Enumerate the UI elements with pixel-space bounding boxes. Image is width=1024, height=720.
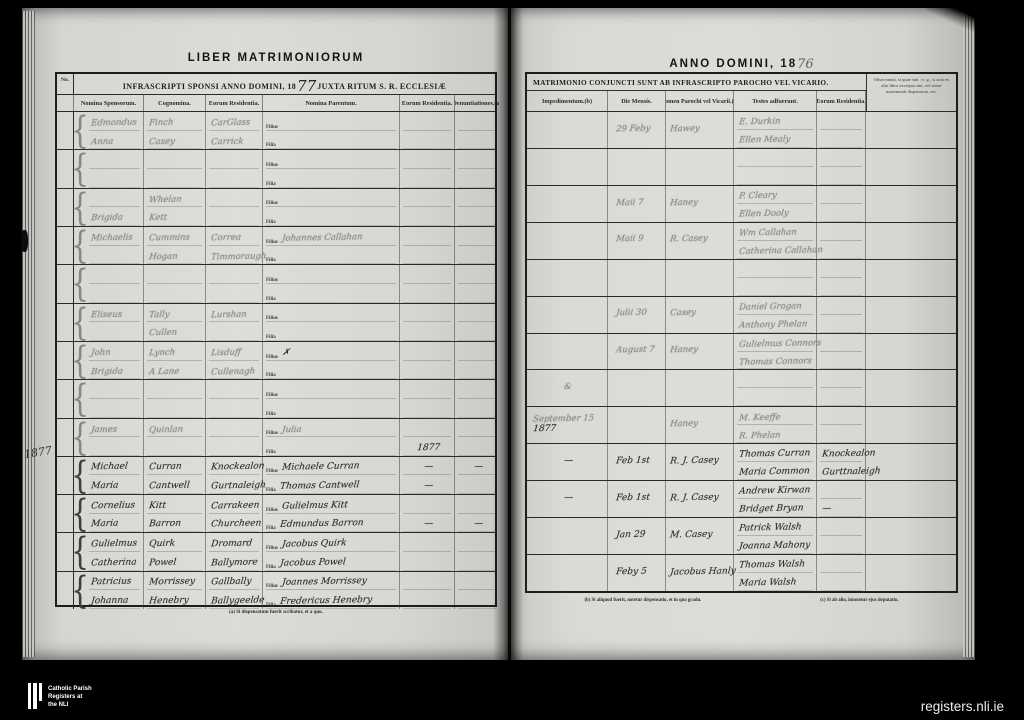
ruled-line: [820, 407, 862, 425]
no-column-header: No.: [57, 74, 74, 94]
surname-cell: QuirkPowel: [144, 533, 206, 570]
ruled-line: Filia: [266, 399, 396, 418]
priest-cell: [666, 260, 734, 296]
ruled-line: [820, 518, 862, 536]
handwritten-text: Johanna: [88, 597, 128, 609]
observanda-cell: [866, 481, 956, 517]
witness-residence-cell: [817, 407, 866, 443]
ruled-line: FiliaFredericus Henebry: [266, 590, 396, 609]
handwritten-text: Catherina: [88, 558, 137, 570]
priest-cell: [666, 149, 734, 185]
ruled-line: [820, 536, 862, 554]
residence-cell: Lurshan: [206, 304, 263, 341]
handwritten-text: Julia: [279, 425, 302, 436]
impedimentum-cell: [527, 297, 608, 333]
parents-cell: FiliusFilia: [263, 112, 400, 149]
ruled-line: [737, 149, 813, 167]
denuntiationes-cell: [455, 189, 499, 226]
handwritten-text: Lisduff: [208, 349, 241, 360]
parent-label: Filia: [266, 335, 276, 340]
handwritten-text: Ballymore: [208, 558, 258, 570]
parents-residence-cell: —: [400, 495, 455, 532]
handwritten-text: Thomas Cantwell: [277, 481, 359, 494]
parent-label: Filius: [266, 278, 278, 283]
handwritten-text: Feby 5: [613, 567, 647, 579]
handwritten-text: Feb 1st: [613, 493, 650, 505]
handwritten-text: Knockealon: [819, 450, 875, 462]
ruled-line: Cullenagh: [209, 361, 259, 380]
witnesses-cell: Gulielmus ConnorsThomas Connors: [734, 334, 817, 370]
handwritten-text: R. J. Casey: [667, 493, 719, 505]
ruled-line: Cummins: [147, 227, 202, 246]
ruled-line: [458, 495, 496, 514]
col-header-eorum-residentia: Eorum Residentia.: [206, 95, 263, 111]
ruled-line: Dromard: [209, 533, 259, 552]
witness-residence-cell: [817, 334, 866, 370]
residence-cell: CorreaTimmoraugh: [206, 227, 263, 264]
witness-residence-cell: [817, 149, 866, 185]
impedimentum-cell: [527, 555, 608, 591]
handwritten-text: Casey: [146, 138, 175, 149]
ruled-line: [403, 207, 451, 226]
ruled-line: [403, 552, 451, 571]
left-page-title: LIBER MATRIMONIORUM: [55, 52, 497, 64]
handwritten-text: Thomas Walsh: [736, 560, 805, 572]
ruled-line: [820, 573, 862, 591]
ruled-line: [820, 315, 862, 333]
surname-cell: MorrisseyHenebry: [144, 572, 206, 609]
handwritten-text: Brigida: [88, 214, 123, 225]
witnesses-cell: Patrick WalshJoanna Mahony: [734, 518, 817, 554]
handwritten-text: Maii 9: [613, 235, 643, 246]
spouse-name-cell: James: [86, 419, 144, 456]
residence-cell: LisduffCullenagh: [206, 342, 263, 379]
parent-label: Filia: [266, 412, 276, 417]
ruled-line: FiliusMichaele Curran: [266, 457, 396, 476]
ruled-line: [458, 533, 496, 552]
denuntiationes-cell: [455, 150, 499, 187]
parent-label: Filius: [266, 355, 278, 360]
marriage-record-row: [527, 148, 956, 185]
ruled-line: [209, 189, 259, 208]
residence-cell: DromardBallymore: [206, 533, 263, 570]
ruled-line: [820, 481, 862, 499]
entry-brace-cell: {: [74, 339, 86, 382]
handwritten-text: R. Phelan: [736, 431, 780, 442]
ruled-line: [820, 149, 862, 167]
right-band-text: MATRIMONIO CONJUNCTI SUNT AB INFRASCRIPT…: [527, 74, 866, 91]
marriage-entry: {PatriciusJohannaMorrisseyHenebryGallbal…: [57, 571, 495, 609]
observanda-cell: [866, 186, 956, 222]
handwritten-text: Haney: [667, 198, 698, 209]
ruled-line: [209, 380, 259, 399]
ruled-line: [403, 495, 451, 514]
ruled-line: Brigida: [89, 361, 140, 380]
ruled-line: [147, 150, 202, 169]
parents-residence-cell: [400, 304, 455, 341]
parents-cell: FiliusJohannes CallahanFilia: [263, 227, 400, 264]
witness-residence-cell: [817, 223, 866, 259]
ruled-line: Filia: [266, 437, 396, 456]
ruled-line: CarGlass: [209, 112, 259, 131]
ruled-line: [458, 475, 496, 494]
ruled-line: [403, 189, 451, 208]
ruled-line: Catherina Callahan: [737, 241, 813, 259]
ruled-line: [820, 204, 862, 222]
handwritten-text: Lynch: [146, 349, 175, 360]
footnote-c: (c) Si ab alio, innotetur ejus deputatio…: [820, 598, 898, 603]
right-column-headers: Impedimentum.(b) Die Mensis. Nomen Paroc…: [527, 91, 866, 112]
handwritten-text: Michael: [88, 463, 128, 475]
ruled-line: Filius: [266, 189, 396, 208]
entry-brace-cell: {: [74, 531, 86, 574]
caption-line-3: the NLI: [48, 702, 92, 710]
handwritten-text: Feb 1st: [613, 456, 650, 468]
ruled-line: [403, 112, 451, 131]
ruled-line: Finch: [147, 112, 202, 131]
priest-cell: R. J. Casey: [666, 444, 734, 480]
witnesses-cell: E. DurkinEllen Mealy: [734, 112, 817, 148]
parent-label: Filia: [266, 565, 276, 570]
handwritten-text: 1877: [414, 444, 440, 456]
witness-residence-cell: [817, 112, 866, 148]
parents-residence-cell: [400, 227, 455, 264]
ink-blot: [21, 230, 28, 252]
residence-cell: [206, 419, 263, 456]
ruled-line: [403, 304, 451, 323]
ruled-line: Filia: [266, 322, 396, 341]
ruled-line: R. Phelan: [737, 425, 813, 443]
handwritten-text: Edmundus Barron: [277, 520, 364, 533]
ruled-line: [147, 380, 202, 399]
handwritten-text: Johannes Callahan: [279, 233, 362, 245]
handwritten-text: ✗: [279, 348, 290, 359]
ruled-line: Thomas Curran: [737, 444, 813, 462]
parent-label: Filius: [266, 469, 278, 474]
residence-cell: KnockealonGurtnaleigh: [206, 457, 263, 494]
handwritten-text: Patricius: [88, 578, 131, 590]
entry-brace-cell: {: [74, 454, 86, 497]
observanda-cell: [866, 223, 956, 259]
ruled-line: [147, 284, 202, 303]
witness-residence-cell: [817, 555, 866, 591]
impedimentum-cell: —: [527, 481, 608, 517]
ruled-line: Andrew Kirwan: [737, 481, 813, 499]
handwritten-text: 29 Feby: [613, 124, 650, 135]
ruled-line: [403, 590, 451, 609]
ruled-line: FiliusJohannes Callahan: [266, 227, 396, 246]
impedimentum-cell: [527, 223, 608, 259]
handwritten-text: Daniel Grogan: [736, 302, 802, 314]
left-band-text: INFRASCRIPTI SPONSI ANNO DOMINI, 1877JUX…: [74, 74, 495, 94]
ruled-line: Catherina: [89, 552, 140, 571]
ruled-line: Lynch: [147, 342, 202, 361]
parent-label: Filius: [266, 393, 278, 398]
col-header-nomen-parochi: Nomen Parochi vel Vicarii.(c): [666, 91, 734, 112]
ruled-line: Filius: [266, 380, 396, 399]
ruled-line: Maria Walsh: [737, 573, 813, 591]
ruled-line: —: [403, 514, 451, 533]
parent-label: Filia: [266, 258, 276, 263]
ruled-line: Timmoraugh: [209, 246, 259, 265]
ruled-line: Gulielmus Connors: [737, 334, 813, 352]
ruled-line: [737, 260, 813, 278]
parent-label: Filia: [266, 603, 276, 608]
handwritten-text: Churcheen: [208, 520, 261, 532]
parents-residence-cell: [400, 533, 455, 570]
ruled-line: [209, 322, 259, 341]
priest-cell: Jacobus Hanly: [666, 555, 734, 591]
date-cell: Maii 7: [608, 186, 666, 222]
ruled-line: [209, 150, 259, 169]
handwritten-text: Barron: [146, 520, 181, 532]
handwritten-text: —: [421, 520, 433, 531]
ruled-line: [209, 284, 259, 303]
denuntiationes-cell: [455, 112, 499, 149]
ruled-line: [89, 437, 140, 456]
footnote-b: (b) Si aliquod fuerit, notetur dispensat…: [584, 598, 701, 603]
parents-cell: FiliusJuliaFilia: [263, 419, 400, 456]
handwritten-text: Dromard: [208, 540, 252, 552]
ruled-line: [403, 342, 451, 361]
entry-brace-cell: {: [74, 148, 86, 191]
ruled-line: —: [820, 499, 862, 517]
ruled-line: [458, 590, 496, 609]
handwritten-year: 76: [797, 57, 814, 72]
handwritten-text: Timmoraugh: [208, 252, 266, 264]
ruled-line: [820, 167, 862, 185]
ruled-line: Bridget Bryan: [737, 499, 813, 517]
parent-label: Filia: [266, 220, 276, 225]
handwritten-text: Gulielmus Connors: [736, 339, 821, 351]
ruled-line: [89, 169, 140, 188]
entry-brace-cell: {: [74, 377, 86, 420]
handwritten-text: Quinlan: [146, 425, 183, 436]
ruled-line: Gallbally: [209, 572, 259, 591]
parents-cell: FiliusFilia: [263, 304, 400, 341]
marriage-entry: {FiliusFilia: [57, 149, 495, 187]
observanda-cell: [866, 334, 956, 370]
ruled-line: FiliusJoannes Morrissey: [266, 572, 396, 591]
ruled-line: [89, 322, 140, 341]
date-cell: Feb 1st: [608, 481, 666, 517]
ruled-line: M. Keeffe: [737, 407, 813, 425]
ruled-line: Daniel Grogan: [737, 297, 813, 315]
parents-cell: FiliusGulielmus KittFiliaEdmundus Barron: [263, 495, 400, 532]
ruled-line: Eliseus: [89, 304, 140, 323]
marriage-table-right: MATRIMONIO CONJUNCTI SUNT AB INFRASCRIPT…: [525, 72, 958, 593]
entry-brace: {: [71, 265, 89, 302]
ruled-line: [458, 361, 496, 380]
ruled-line: Knockealon: [820, 444, 862, 462]
ruled-line: Lurshan: [209, 304, 259, 323]
entry-brace: {: [71, 189, 89, 226]
ruled-line: Kitt: [147, 495, 202, 514]
handwritten-text: Gurttnaleigh: [819, 468, 881, 480]
marriage-record-row: Julii 30CaseyDaniel GroganAnthony Phelan: [527, 296, 956, 333]
observanda-cell: [866, 518, 956, 554]
ruled-line: Carrakeen: [209, 495, 259, 514]
ruled-line: [458, 284, 496, 303]
handwritten-text: —: [421, 482, 433, 493]
entry-brace-cell: {: [74, 186, 86, 229]
residence-cell: [206, 265, 263, 302]
parents-residence-cell: [400, 265, 455, 302]
handwritten-text: Powel: [146, 558, 176, 570]
ruled-line: Maria: [89, 514, 140, 533]
ruled-line: Filia: [266, 361, 396, 380]
ruled-line: Tally: [147, 304, 202, 323]
parent-label: Filia: [266, 526, 276, 531]
witness-residence-cell: KnockealonGurttnaleigh: [817, 444, 866, 480]
entry-brace: {: [71, 227, 89, 264]
residence-cell: [206, 150, 263, 187]
ruled-line: [403, 150, 451, 169]
parent-label: Filius: [266, 546, 278, 551]
ruled-line: [820, 112, 862, 130]
handwritten-text: Gallbally: [208, 578, 252, 590]
ruled-line: Filia: [266, 246, 396, 265]
ruled-line: [458, 112, 496, 131]
marriage-record-row: Maii 9R. CaseyWm CallahanCatherina Calla…: [527, 222, 956, 259]
observanda-note: Observanda, si quae sint : e. g., si act…: [866, 74, 956, 112]
marriage-record-row: —Feb 1stR. J. CaseyThomas CurranMaria Co…: [527, 443, 956, 480]
handwritten-text: R. J. Casey: [667, 456, 719, 468]
priest-cell: [666, 370, 734, 406]
ruled-line: [403, 322, 451, 341]
ruled-line: Michaelis: [89, 227, 140, 246]
marriage-entry: {MichaelisCumminsHoganCorreaTimmoraughFi…: [57, 226, 495, 264]
parent-label: Filius: [266, 431, 278, 436]
priest-cell: Casey: [666, 297, 734, 333]
ruled-line: [147, 437, 202, 456]
ruled-line: FiliaJacobus Powel: [266, 552, 396, 571]
ruled-line: [820, 370, 862, 388]
handwritten-text: Jacobus Hanly: [667, 567, 736, 579]
witnesses-cell: [734, 260, 817, 296]
ruled-line: [403, 399, 451, 418]
ruled-line: [209, 437, 259, 456]
spouse-name-cell: [86, 380, 144, 417]
observanda-cell: [866, 260, 956, 296]
handwritten-text: Thomas Connors: [736, 357, 812, 369]
ruled-line: [403, 380, 451, 399]
witnesses-cell: Daniel GroganAnthony Phelan: [734, 297, 817, 333]
ruled-line: Cantwell: [147, 475, 202, 494]
col-header-impedimentum: Impedimentum.(b): [527, 91, 608, 112]
ruled-line: Thomas Walsh: [737, 555, 813, 573]
surname-cell: [144, 150, 206, 187]
witness-residence-cell: [817, 260, 866, 296]
priest-cell: M. Casey: [666, 518, 734, 554]
entry-brace: {: [71, 112, 89, 149]
handwritten-text: Gulielmus: [88, 540, 137, 552]
ruled-line: [209, 399, 259, 418]
ruled-line: [458, 169, 496, 188]
priest-cell: Haney: [666, 186, 734, 222]
handwritten-text: Hogan: [146, 252, 178, 263]
ruled-line: Maria: [89, 475, 140, 494]
ruled-line: Filia: [266, 284, 396, 303]
residence-cell: [206, 189, 263, 226]
marriage-record-row: Feby 5Jacobus HanlyThomas WalshMaria Wal…: [527, 554, 956, 591]
ruled-line: [820, 241, 862, 259]
priest-cell: Haney: [666, 334, 734, 370]
handwritten-text: Jan 29: [613, 530, 645, 542]
surname-cell: Quinlan: [144, 419, 206, 456]
handwritten-text: Cullen: [146, 329, 177, 340]
col-header-die-mensis: Die Mensis.: [608, 91, 666, 112]
marriage-entry: {JohnBrigidaLynchA LaneLisduffCullenaghF…: [57, 341, 495, 379]
handwritten-text: Cummins: [146, 234, 190, 245]
handwritten-text: Carrick: [208, 137, 243, 148]
handwritten-text: Quirk: [146, 540, 175, 552]
surname-cell: [144, 265, 206, 302]
denuntiationes-cell: [455, 572, 499, 609]
impedimentum-cell: —: [527, 444, 608, 480]
ruled-line: [820, 223, 862, 241]
parent-label: Filia: [266, 488, 276, 493]
ruled-line: FiliaEdmundus Barron: [266, 514, 396, 533]
entry-brace: {: [71, 342, 89, 379]
observanda-cell: [866, 149, 956, 185]
ruled-line: Filius: [266, 304, 396, 323]
margin-year-note: 1877: [23, 444, 53, 461]
handwritten-text: Casey: [667, 309, 696, 320]
handwritten-text: Ellen Dooly: [736, 210, 789, 222]
col-header-denuntiationes: Denuntiationes.(a): [455, 95, 499, 111]
parents-residence-cell: [400, 112, 455, 149]
marriage-entry: {CorneliusMariaKittBarronCarrakeenChurch…: [57, 494, 495, 532]
ruled-line: FiliusJulia: [266, 419, 396, 438]
entry-brace: {: [71, 495, 89, 532]
ruled-line: [89, 265, 140, 284]
ruled-line: Filius: [266, 112, 396, 131]
parents-residence-cell: [400, 380, 455, 417]
handwritten-text: —: [421, 463, 433, 474]
col-header-testes: Testes adfuerunt.: [734, 91, 817, 112]
ruled-line: [458, 322, 496, 341]
ruled-line: [403, 361, 451, 380]
handwritten-text: A Lane: [146, 367, 179, 378]
ruled-line: Gurttnaleigh: [820, 462, 862, 480]
handwritten-text: —: [819, 505, 831, 516]
handwritten-text: —: [471, 463, 483, 474]
ruled-line: [458, 552, 496, 571]
band-pre: INFRASCRIPTI SPONSI ANNO DOMINI, 18: [123, 82, 296, 91]
ruled-line: [89, 150, 140, 169]
handwritten-text: Jacobus Powel: [277, 558, 346, 570]
ruled-line: [458, 189, 496, 208]
handwritten-text: Patrick Walsh: [736, 523, 802, 535]
handwritten-text: Anna: [88, 138, 113, 149]
ruled-line: [403, 284, 451, 303]
register-book-scan: LIBER MATRIMONIORUM No. INFRASCRIPTI SPO…: [22, 8, 975, 660]
handwritten-text: Cornelius: [88, 501, 135, 513]
ruled-line: Curran: [147, 457, 202, 476]
ruled-line: [89, 246, 140, 265]
ruled-line: John: [89, 342, 140, 361]
handwritten-text: Whelan: [146, 195, 182, 206]
ruled-line: Filia: [266, 169, 396, 188]
ruled-line: FiliusJacobus Quirk: [266, 533, 396, 552]
impedimentum-cell: [527, 334, 608, 370]
surname-cell: [144, 380, 206, 417]
ruled-line: Gurtnaleigh: [209, 475, 259, 494]
ruled-line: Hogan: [147, 246, 202, 265]
handwritten-text: Wm Callahan: [736, 229, 797, 241]
ruled-line: [458, 419, 496, 438]
